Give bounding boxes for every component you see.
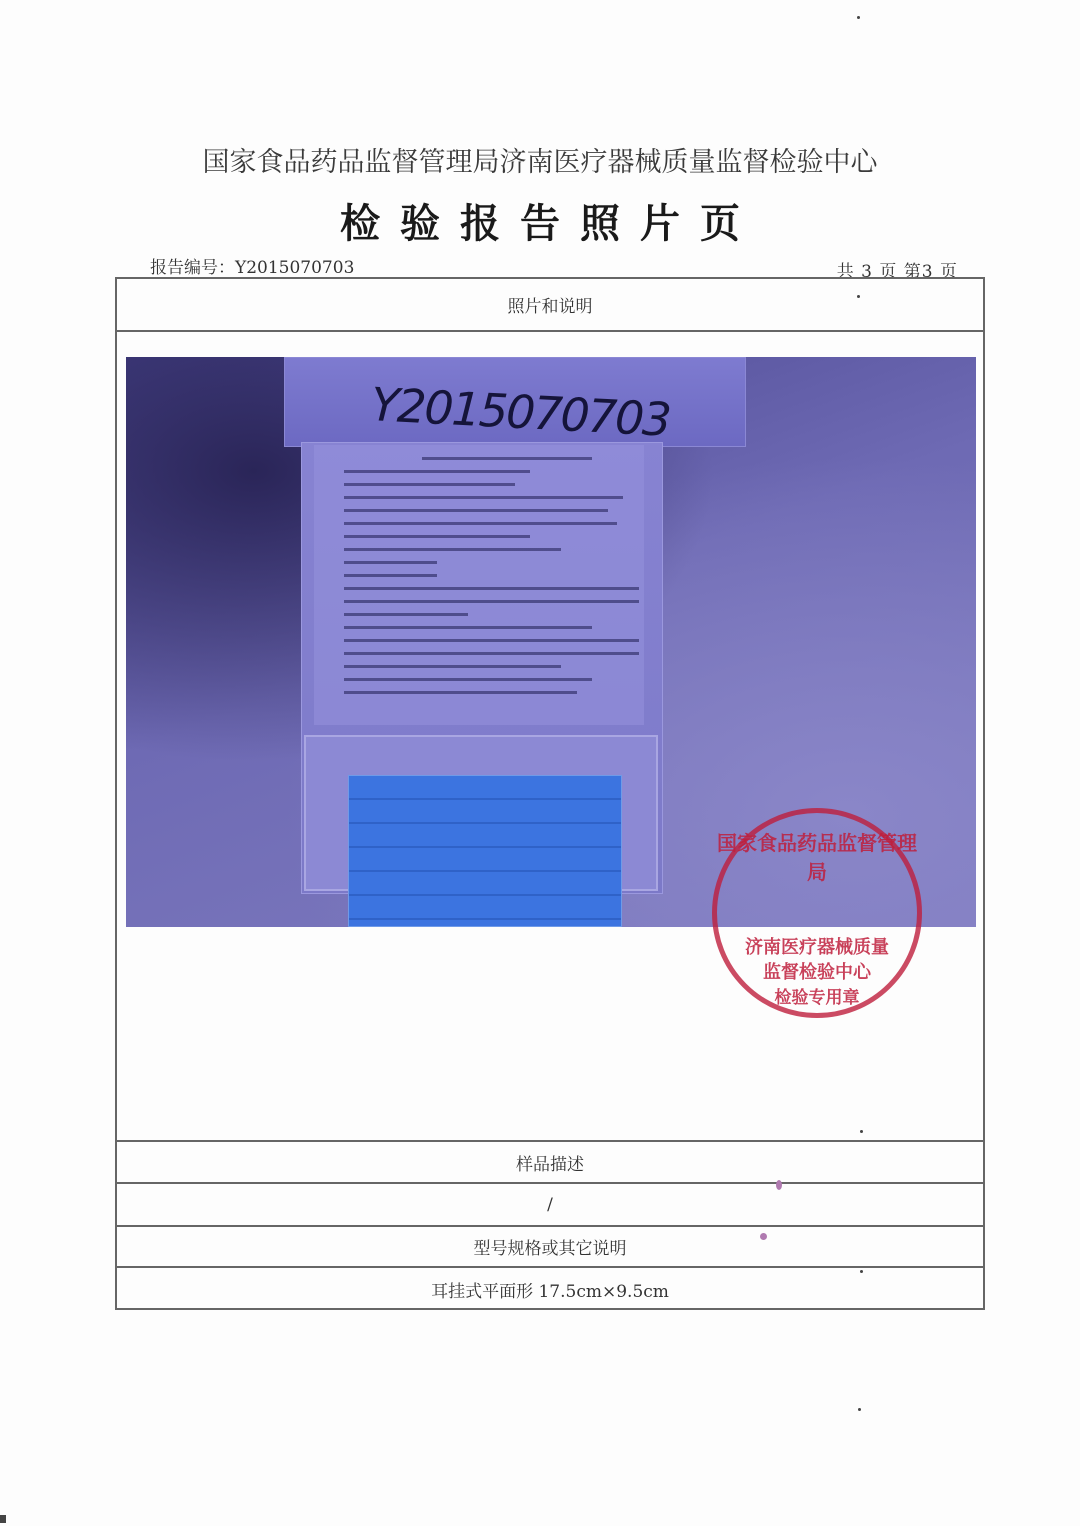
- sample-description-row: /: [117, 1184, 983, 1227]
- instruction-print: [314, 445, 644, 725]
- model-spec-heading-row: 型号规格或其它说明: [117, 1227, 983, 1268]
- mask-pouch: [304, 735, 658, 891]
- stamp-line-2: 监督检验中心: [717, 958, 917, 984]
- sample-description-value: /: [547, 1195, 553, 1215]
- model-spec-value: 耳挂式平面形 17.5cm×9.5cm: [431, 1277, 669, 1302]
- stamp-arc-text: 国家食品药品监督管理局: [717, 827, 917, 885]
- blue-mask: [348, 775, 622, 927]
- scan-speck: [860, 1130, 863, 1133]
- report-number-label: 报告编号：: [150, 258, 235, 278]
- scan-speck: [0, 1515, 6, 1523]
- ink-speck: [760, 1233, 767, 1240]
- scan-speck: [857, 295, 860, 298]
- stamp-line-3: 检验专用章: [717, 983, 917, 1008]
- scan-speck: [857, 16, 860, 19]
- report-number: 报告编号：Y2015070703: [150, 253, 354, 278]
- sample-description-heading: 样品描述: [516, 1150, 584, 1175]
- printed-text-lines: [344, 457, 654, 704]
- mask-package: [301, 442, 663, 894]
- photo-section-heading: 照片和说明: [508, 292, 593, 317]
- model-spec-row: 耳挂式平面形 17.5cm×9.5cm: [117, 1268, 983, 1310]
- ink-speck: [776, 1180, 782, 1190]
- sample-description-heading-row: 样品描述: [117, 1142, 983, 1184]
- scan-speck: [858, 1408, 861, 1411]
- model-spec-heading: 型号规格或其它说明: [474, 1234, 627, 1259]
- report-number-value: Y2015070703: [235, 258, 354, 278]
- official-seal-stamp: 国家食品药品监督管理局 济南医疗器械质量 监督检验中心 检验专用章: [712, 808, 922, 1018]
- stamp-line-1: 济南医疗器械质量: [717, 933, 917, 959]
- document-title: 检验报告照片页: [0, 192, 1080, 249]
- scan-speck: [860, 1270, 863, 1273]
- report-table: 照片和说明 Y2015070703: [115, 277, 985, 1310]
- photo-section-heading-row: 照片和说明: [117, 279, 983, 332]
- organization-name: 国家食品药品监督管理局济南医疗器械质量监督检验中心: [0, 140, 1080, 179]
- photo-row: Y2015070703: [117, 332, 983, 1142]
